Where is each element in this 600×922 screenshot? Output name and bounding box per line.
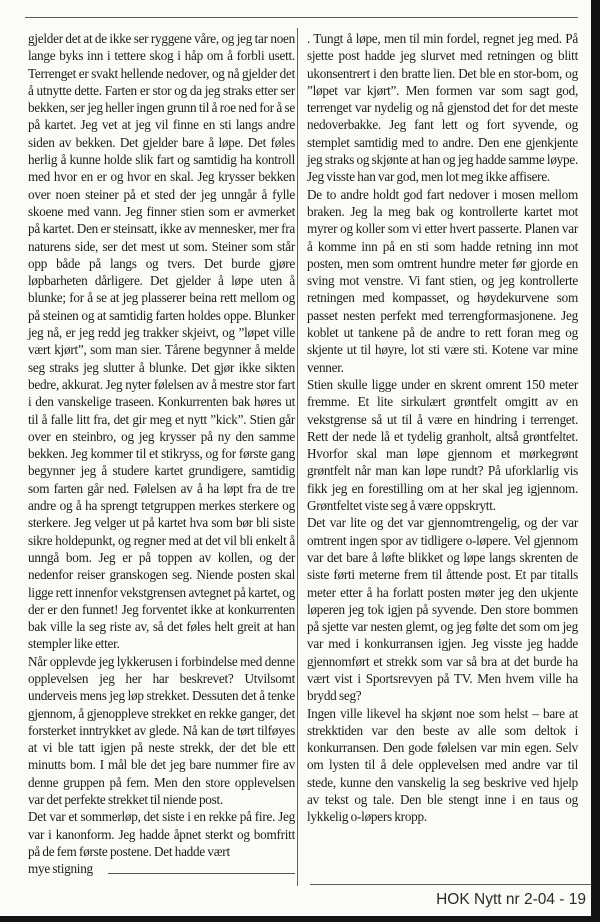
article-paragraph: Det var et sommerløp, det siste i en rek… <box>28 808 295 860</box>
right-column: . Tungt å løpe, men til min fordel, regn… <box>307 30 578 826</box>
article-paragraph: Ingen ville likevel ha skjønt noe som he… <box>307 705 578 826</box>
last-line-rule <box>108 873 295 874</box>
footer-page-label: HOK Nytt nr 2-04 - 19 <box>436 891 586 909</box>
top-rule <box>25 17 578 18</box>
article-paragraph: gjelder det at de ikke ser ryggene våre,… <box>28 30 295 653</box>
scan-edge-right <box>591 0 600 922</box>
article-paragraph: De to andre holdt god fart nedover i mos… <box>307 186 578 376</box>
article-paragraph: Når opplevde jeg lykkerusen i forbindels… <box>28 653 295 809</box>
last-line-text: mye stigning <box>28 861 93 876</box>
article-paragraph: Det var lite og det var gjennomtrengelig… <box>307 514 578 704</box>
article-paragraph: . Tungt å løpe, men til min fordel, regn… <box>307 30 578 186</box>
footer-rule <box>310 884 591 885</box>
article-paragraph: Stien skulle ligge under en skrent omren… <box>307 376 578 514</box>
column-divider <box>297 28 298 886</box>
left-column-last-line: mye stigning <box>28 860 295 877</box>
left-column: gjelder det at de ikke ser ryggene våre,… <box>28 30 295 878</box>
scan-edge-bottom <box>0 916 600 922</box>
